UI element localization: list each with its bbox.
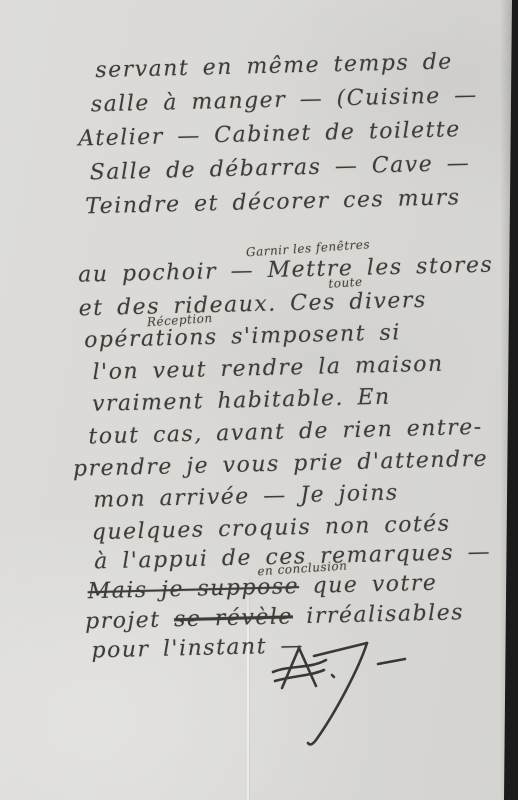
signature-svg xyxy=(266,636,416,761)
signature-monogram xyxy=(266,636,416,765)
handwritten-text-block: servant en même temps de salle à manger … xyxy=(0,0,518,800)
handwritten-line: vraiment habitable. En xyxy=(92,385,391,417)
struck-text: se révèle xyxy=(174,604,293,632)
handwritten-line: projet se révèle irréalisables xyxy=(85,600,464,634)
interlinear-insertion: toute xyxy=(328,275,363,291)
letter-page: servant en même temps de salle à manger … xyxy=(0,0,518,800)
handwritten-line: au pochoir — Mettre les stores xyxy=(78,253,494,288)
line-text: irréalisables xyxy=(293,600,465,629)
handwritten-line: l'on veut rendre la maison xyxy=(92,352,444,386)
handwritten-line: Mais je suppose que votre xyxy=(87,571,437,605)
handwritten-line: Atelier — Cabinet de toilette xyxy=(78,117,461,151)
handwritten-line: quelques croquis non cotés xyxy=(92,511,451,545)
handwritten-line: tout cas, avant de rien entre- xyxy=(88,415,483,450)
handwritten-line: salle à manger — (Cuisine — xyxy=(91,83,478,117)
handwritten-line: mon arrivée — Je joins xyxy=(93,480,399,512)
struck-text: Mais je suppose xyxy=(87,574,299,604)
handwritten-line: Salle de débarras — Cave — xyxy=(90,151,471,185)
line-text: projet xyxy=(85,607,175,634)
handwritten-line: prendre je vous prie d'attendre xyxy=(73,447,489,482)
handwritten-line: et des rideaux. Ces divers xyxy=(78,288,427,321)
handwritten-line: Teindre et décorer ces murs xyxy=(85,185,461,219)
handwritten-line: opérations s'imposent si xyxy=(84,320,401,353)
line-text: que votre xyxy=(299,571,438,599)
handwritten-line: servant en même temps de xyxy=(95,49,453,83)
